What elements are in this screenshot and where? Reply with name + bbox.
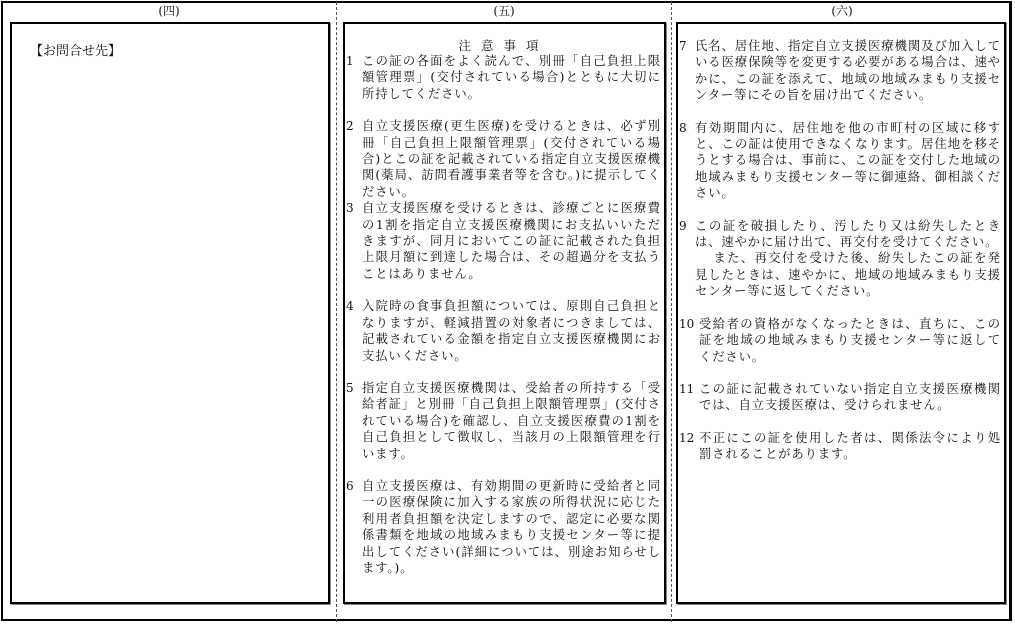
note-item-3: 3 自立支援医療を受けるときは、診療ごとに医療費の1割を指定自立支援医療機関にお…: [346, 200, 661, 282]
note-number: 10: [679, 316, 694, 332]
note-text: 自立支援医療は、有効期間の更新時に受給者と同一の医療保険に加入する家族の所得状況…: [362, 478, 661, 576]
note-number: 7: [679, 38, 687, 54]
note-number: 11: [679, 381, 694, 397]
fold-line-right: [671, 2, 672, 622]
contact-label: 【お問合せ先】: [30, 40, 121, 59]
note-item-12: 12 不正にこの証を使用した者は、関係法令により処罰されることがあります。: [679, 430, 1001, 463]
note-item-2: 2 自立支援医療(更生医療)を受けるときは、必ず別冊「自己負担上限額管理票」(交…: [346, 118, 661, 200]
column-heading-six: (六): [673, 2, 1011, 20]
fold-line-left: [336, 2, 337, 622]
note-text-continued: また、再交付を受けた後、紛失したこの証を発見したときは、速やかに、地域の地域みま…: [695, 250, 1001, 299]
note-item-9: 9 この証を破損したり、汚したり又は紛失したときは、速やかに届け出て、再交付を受…: [679, 218, 1001, 300]
note-item-6: 6 自立支援医療は、有効期間の更新時に受給者と同一の医療保険に加入する家族の所得…: [346, 478, 661, 576]
note-text: この証に記載されていない指定自立支援医療機関では、自立支援医療は、受けられません…: [695, 381, 1001, 414]
note-text: この証の各面をよく読んで、別冊「自己負担上限額管理票」(交付されている場合)とと…: [362, 53, 661, 102]
note-text: 氏名、居住地、指定自立支援医療機関及び加入している医療保険等を変更する必要がある…: [695, 38, 1001, 104]
panel-notes-1-6: 注意事項 1 この証の各面をよく読んで、別冊「自己負担上限額管理票」(交付されて…: [343, 22, 666, 604]
note-item-1: 1 この証の各面をよく読んで、別冊「自己負担上限額管理票」(交付されている場合)…: [346, 53, 661, 102]
note-text: この証を破損したり、汚したり又は紛失したときは、速やかに届け出て、再交付を受けて…: [695, 218, 1001, 251]
note-text: 有効期間内に、居住地を他の市町村の区域に移すと、この証は使用できなくなります。居…: [695, 120, 1001, 202]
column-heading-four: (四): [4, 2, 334, 20]
note-number: 8: [679, 120, 687, 136]
note-item-11: 11 この証に記載されていない指定自立支援医療機関では、自立支援医療は、受けられ…: [679, 381, 1001, 414]
note-text: 受給者の資格がなくなったときは、直ちに、この証を地域の地域みまもり支援センター等…: [695, 316, 1001, 365]
note-text: 不正にこの証を使用した者は、関係法令により処罰されることがあります。: [695, 430, 1001, 463]
note-item-4: 4 入院時の食事負担額については、原則自己負担となりますが、軽減措置の対象者につ…: [346, 298, 661, 364]
note-number: 1: [346, 53, 354, 69]
note-number: 5: [346, 380, 354, 396]
note-number: 2: [346, 118, 354, 134]
note-text: 指定自立支援医療機関は、受給者の所持する「受給者証」と別冊「自己負担上限額管理票…: [362, 380, 661, 462]
note-number: 4: [346, 298, 354, 314]
note-text: 自立支援医療を受けるときは、診療ごとに医療費の1割を指定自立支援医療機関にお支払…: [362, 200, 661, 282]
note-text: 自立支援医療(更生医療)を受けるときは、必ず別冊「自己負担上限額管理票」(交付さ…: [362, 118, 661, 200]
note-number: 6: [346, 478, 354, 494]
panel-notes-7-12: 7 氏名、居住地、指定自立支援医療機関及び加入している医療保険等を変更する必要が…: [676, 22, 1006, 604]
note-item-8: 8 有効期間内に、居住地を他の市町村の区域に移すと、この証は使用できなくなります…: [679, 120, 1001, 202]
note-number: 12: [679, 430, 694, 446]
note-number: 9: [679, 218, 687, 234]
note-number: 3: [346, 200, 354, 216]
note-item-5: 5 指定自立支援医療機関は、受給者の所持する「受給者証」と別冊「自己負担上限額管…: [346, 380, 661, 462]
panel-contact: 【お問合せ先】: [10, 22, 330, 604]
column-heading-five: (五): [338, 2, 670, 20]
notes-title: 注意事項: [346, 39, 661, 53]
note-item-10: 10 受給者の資格がなくなったときは、直ちに、この証を地域の地域みまもり支援セン…: [679, 316, 1001, 365]
note-item-7: 7 氏名、居住地、指定自立支援医療機関及び加入している医療保険等を変更する必要が…: [679, 38, 1001, 104]
note-text: 入院時の食事負担額については、原則自己負担となりますが、軽減措置の対象者につきま…: [362, 298, 661, 364]
